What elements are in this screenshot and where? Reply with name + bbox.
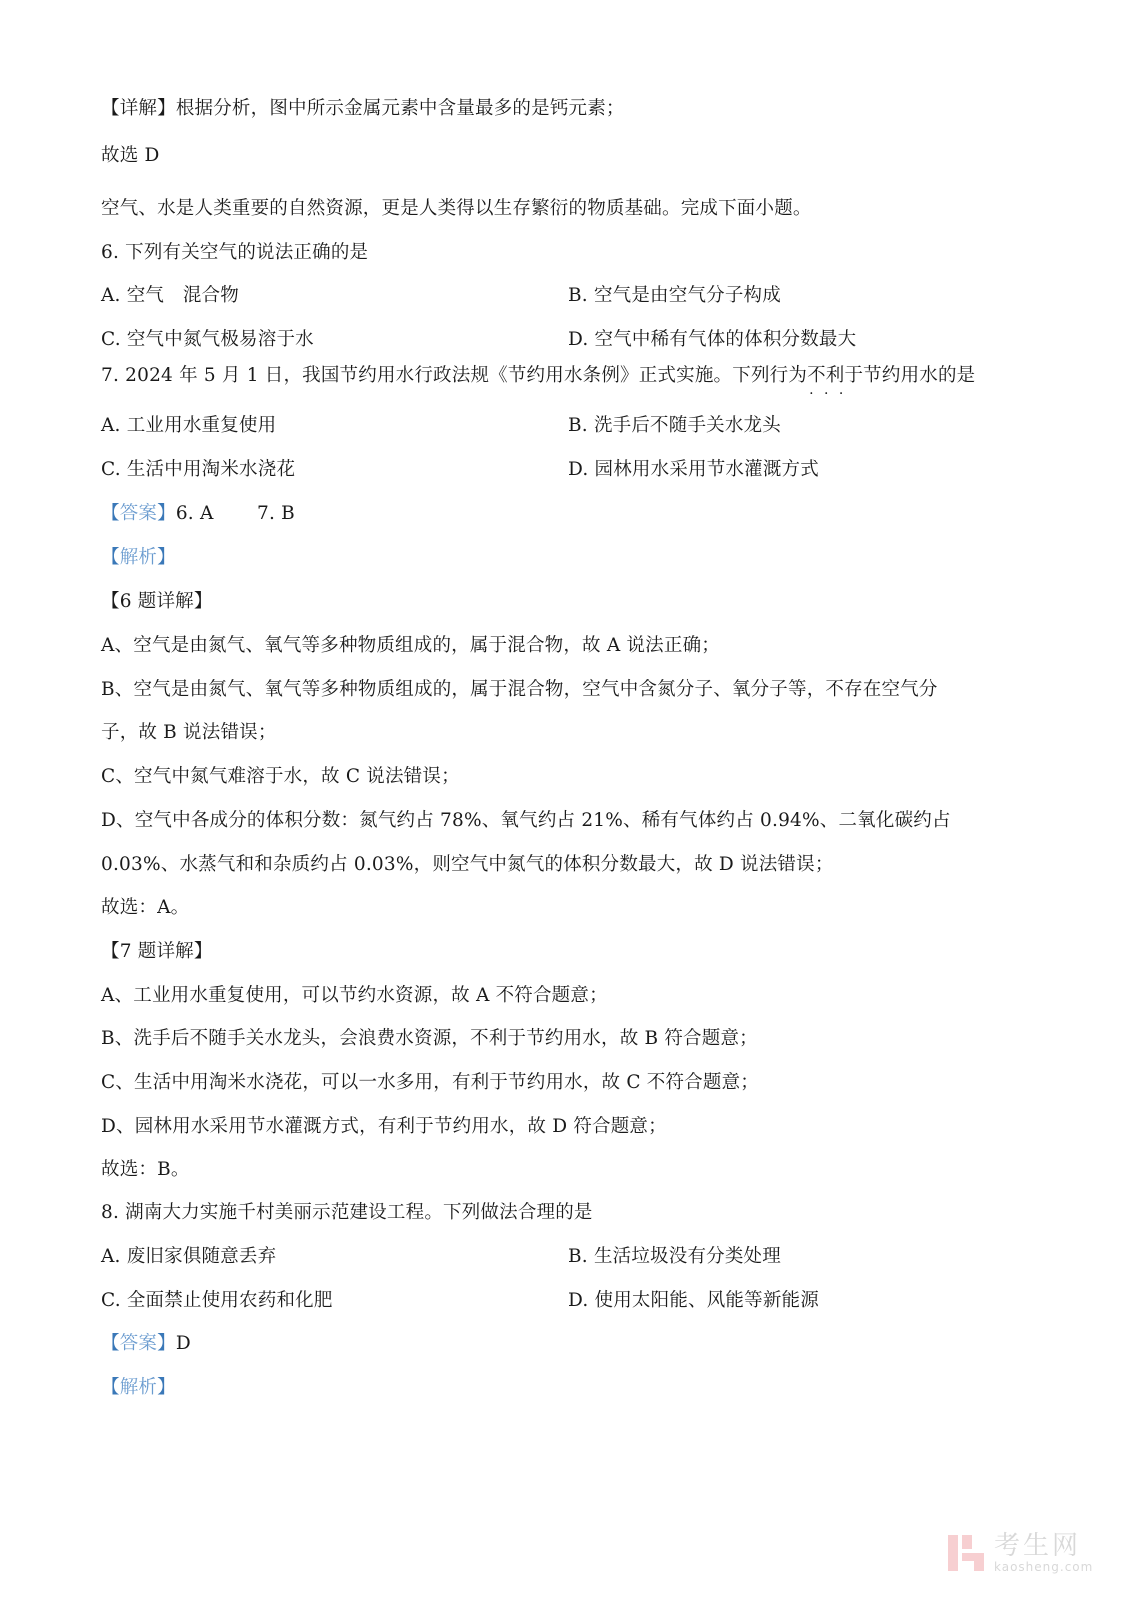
q7-option-d: D. 园林用水采用节水灌溉方式 [568,457,819,483]
q8-stem: 8. 湖南大力实施千村美丽示范建设工程。下列做法合理的是 [101,1200,593,1226]
prev-detail-text: 根据分析，图中所示金属元素中含量最多的是钙元素； [176,98,625,119]
detail-7-line: A、工业用水重复使用，可以节约水资源，故 A 不符合题意； [101,983,608,1009]
q6-option-a: A. 空气 混合物 [101,283,239,309]
q7-stem: 7. 2024 年 5 月 1 日，我国节约用水行政法规《节约用水条例》正式实施… [101,363,975,389]
detail-7-line: D、园林用水采用节水灌溉方式，有利于节约用水，故 D 符合题意； [101,1114,667,1140]
q7-option-c: C. 生活中用淘米水浇花 [101,457,295,483]
q8-option-b: B. 生活垃圾没有分类处理 [568,1244,781,1270]
answer-bracket-close: 】 [157,503,176,524]
watermark-cn: 考生网 [994,1533,1093,1559]
answer-label: 答案 [120,1333,157,1354]
analysis-bracket-close: 】 [157,1377,176,1398]
detail-6-conclusion: 故选：A。 [101,895,189,921]
prev-detail: 【详解】根据分析，图中所示金属元素中含量最多的是钙元素； [101,96,625,122]
detail-7-conclusion: 故选：B。 [101,1157,190,1183]
watermark-en: kaosheng.com [994,1561,1093,1573]
analysis-label: 解析 [120,1377,157,1398]
detail-7-title: 【7 题详解】 [101,939,213,965]
prev-conclusion: 故选 D [101,143,160,169]
q6-option-c: C. 空气中氮气极易溶于水 [101,327,314,353]
answer-bracket-close: 】 [157,1333,176,1354]
q8-option-a: A. 废旧家俱随意丢弃 [101,1244,276,1270]
analysis-label: 解析 [120,547,157,568]
detail-6-title: 【6 题详解】 [101,589,213,615]
answer-value: 6. A 7. B [176,503,295,524]
q7-option-b: B. 洗手后不随手关水龙头 [568,413,781,439]
q8-option-c: C. 全面禁止使用农药和化肥 [101,1288,333,1314]
answer-bracket-open: 【 [101,503,120,524]
q6-option-b: B. 空气是由空气分子构成 [568,283,781,309]
answer-value: D [176,1333,191,1354]
q8-option-d: D. 使用太阳能、风能等新能源 [568,1288,819,1314]
detail-6-line: 子，故 B 说法错误； [101,720,277,746]
detail-6-line: 0.03%、水蒸气和和杂质约占 0.03%，则空气中氮气的体积分数最大，故 D … [101,852,834,878]
q6-stem: 6. 下列有关空气的说法正确的是 [101,240,368,266]
kaosheng-logo-icon [948,1533,986,1573]
analysis-8: 【解析】 [101,1375,176,1401]
document-page: 【详解】根据分析，图中所示金属元素中含量最多的是钙元素； 故选 D 空气、水是人… [0,0,1131,1600]
detail-6-line: A、空气是由氮气、氧气等多种物质组成的，属于混合物，故 A 说法正确； [101,633,720,659]
analysis-bracket-open: 【 [101,1377,120,1398]
detail-7-line: C、生活中用淘米水浇花，可以一水多用，有利于节约用水，故 C 不符合题意； [101,1070,759,1096]
q6-option-d: D. 空气中稀有气体的体积分数最大 [568,327,856,353]
prev-detail-label: 【详解】 [101,98,176,119]
analysis-6-7: 【解析】 [101,545,176,571]
analysis-bracket-open: 【 [101,547,120,568]
detail-6-line: B、空气是由氮气、氧气等多种物质组成的，属于混合物，空气中含氮分子、氧分子等，不… [101,677,938,703]
detail-6-line: D、空气中各成分的体积分数：氮气约占 78%、氧气约占 21%、稀有气体约占 0… [101,808,951,834]
answer-label: 答案 [120,503,157,524]
detail-6-line: C、空气中氮气难溶于水，故 C 说法错误； [101,764,460,790]
watermark: 考生网 kaosheng.com [948,1528,1118,1578]
detail-7-line: B、洗手后不随手关水龙头，会浪费水资源，不利于节约用水，故 B 符合题意； [101,1026,758,1052]
answer-8: 【答案】D [101,1331,191,1357]
q7-stem-after: 节约用水的是 [863,365,975,386]
analysis-bracket-close: 】 [157,547,176,568]
q7-stem-before: 7. 2024 年 5 月 1 日，我国节约用水行政法规《节约用水条例》正式实施… [101,365,807,386]
answer-bracket-open: 【 [101,1333,120,1354]
intro-text: 空气、水是人类重要的自然资源，更是人类得以生存繁衍的物质基础。完成下面小题。 [101,196,812,222]
q7-stem-emphasis: 不利于 [807,365,863,386]
q7-option-a: A. 工业用水重复使用 [101,413,276,439]
answer-6-7: 【答案】6. A 7. B [101,501,295,527]
